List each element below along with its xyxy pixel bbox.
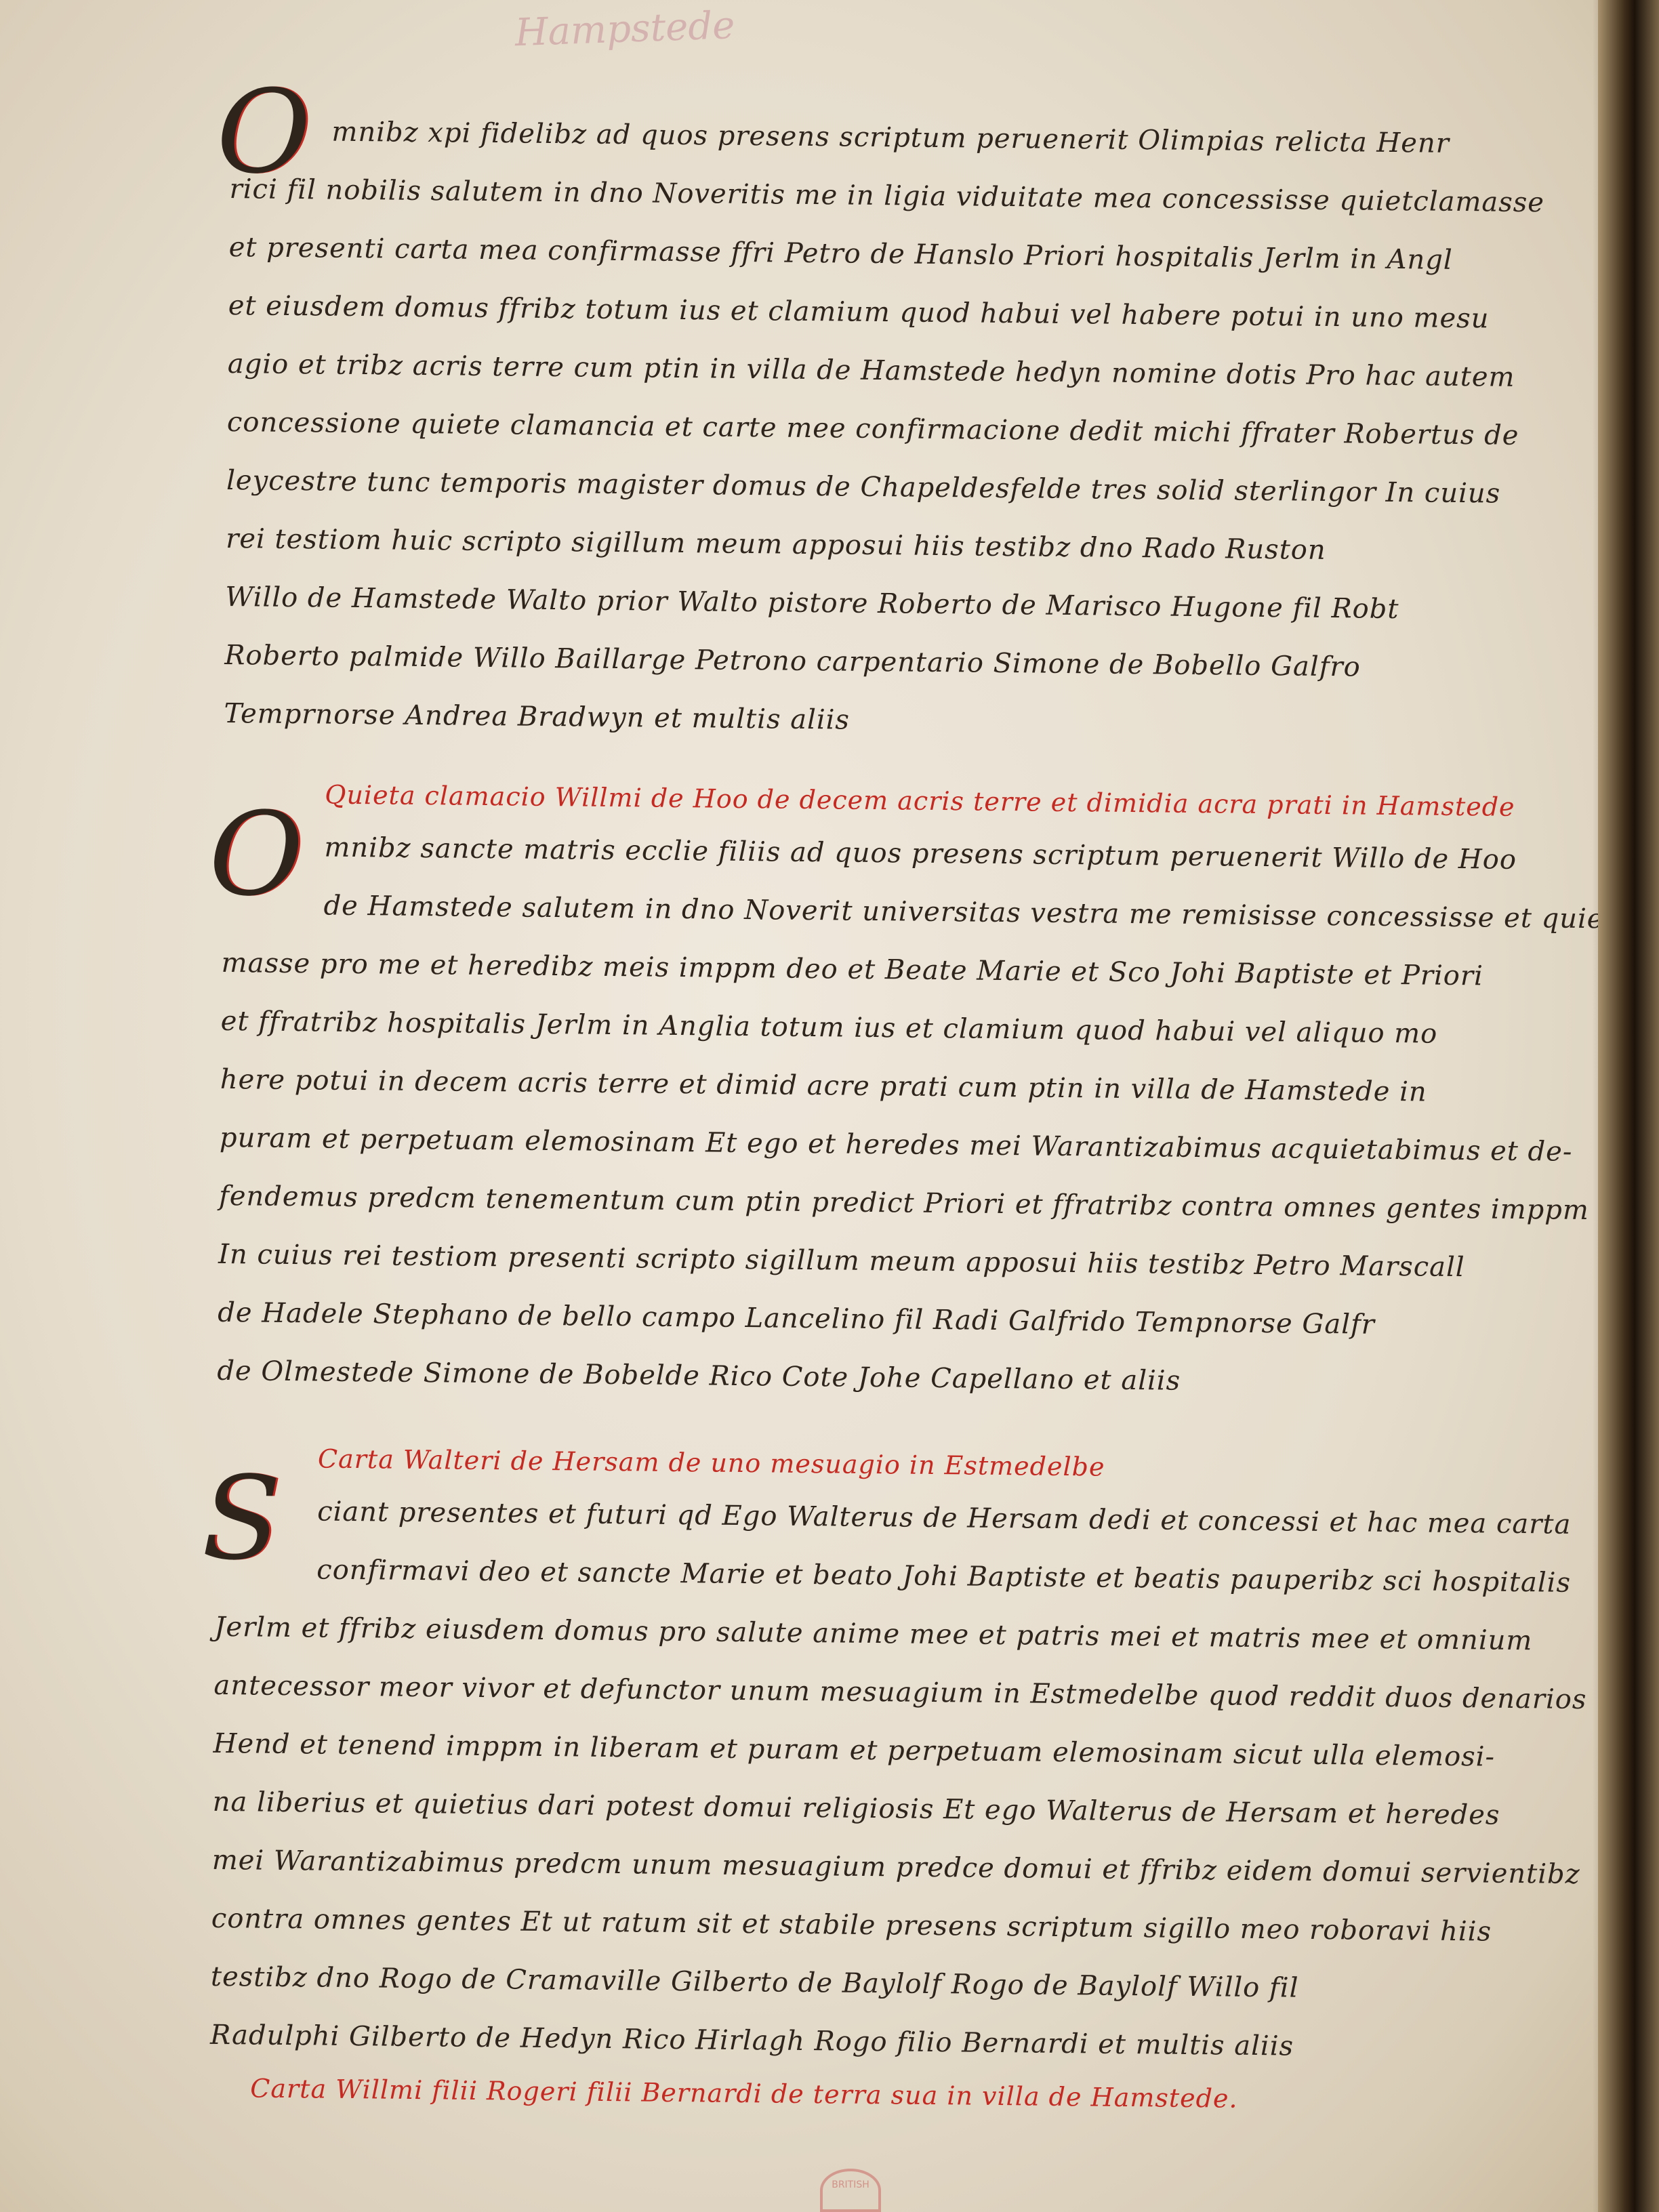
manuscript-text: O mnibz xpi fidelibz ad quos presens scr… (209, 102, 1559, 2125)
manuscript-page: Hampstede O mnibz xpi fidelibz ad quos p… (0, 0, 1626, 2212)
charter-walter-de-hersam: Carta Walteri de Hersam de uno mesuagio … (210, 1434, 1545, 2078)
library-stamp: BRITISH (820, 2169, 881, 2212)
charter-william-de-hoo: Quieta clamacio Willmi de Hoo de decem a… (217, 770, 1552, 1414)
decorated-initial: O (216, 75, 312, 190)
book-gutter (1598, 0, 1659, 2212)
decorated-initial: S (201, 1461, 281, 1577)
charter-olimpias: O mnibz xpi fidelibz ad quos presens scr… (224, 102, 1559, 756)
faded-page-heading: Hampstede (514, 3, 760, 66)
decorated-initial: O (208, 797, 304, 913)
